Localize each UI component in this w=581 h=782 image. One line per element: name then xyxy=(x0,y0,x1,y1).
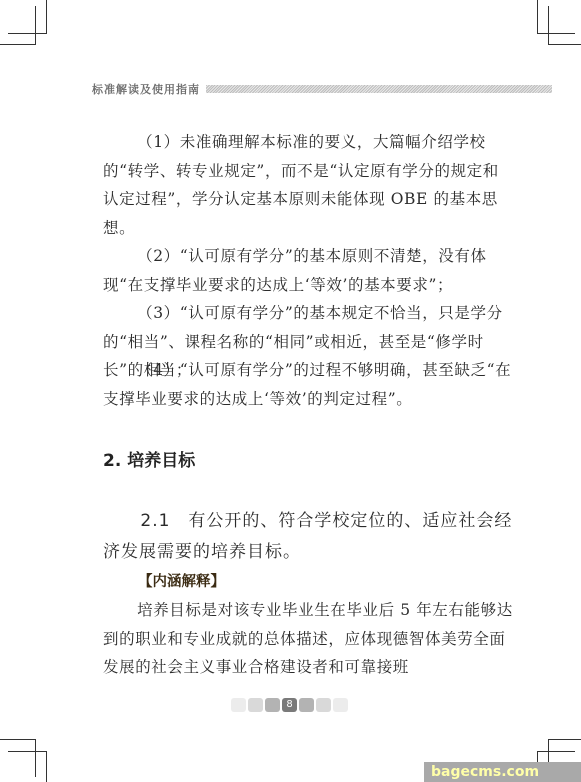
running-header: 标准解读及使用指南 xyxy=(92,82,552,96)
bracket-label: 【内涵解释】 xyxy=(138,570,225,591)
page-block xyxy=(299,698,314,712)
page-block xyxy=(265,698,280,712)
crop-mark xyxy=(537,751,575,752)
header-hatched-bar xyxy=(206,85,552,93)
crop-mark xyxy=(548,739,581,740)
crop-mark xyxy=(0,739,35,740)
section-body: 培养目标是对该专业毕业生在毕业后 5 年左右能够达到的职业和专业成就的总体描述，… xyxy=(103,596,513,682)
crop-mark xyxy=(46,0,47,33)
page-indicator: 8 xyxy=(231,698,348,712)
crop-mark xyxy=(537,0,538,33)
page-block xyxy=(316,698,331,712)
paragraph-1: （1）未准确理解本标准的要义，大篇幅介绍学校的“转学、转专业规定”，而不是“认定… xyxy=(103,128,513,242)
page-block xyxy=(333,698,348,712)
paragraph-4: （4）“认可原有学分”的过程不够明确，甚至缺乏“在支撑毕业要求的达成上‘等效’的… xyxy=(103,356,513,413)
crop-mark xyxy=(46,751,47,782)
crop-mark xyxy=(35,739,36,777)
page-block xyxy=(248,698,263,712)
page-number: 8 xyxy=(282,698,297,712)
subsection-heading: 2.1 有公开的、符合学校定位的、适应社会经济发展需要的培养目标。 xyxy=(103,506,513,568)
crop-mark xyxy=(548,44,581,45)
page-block xyxy=(231,698,246,712)
watermark: bagecms.com xyxy=(424,762,581,782)
crop-mark xyxy=(548,6,549,44)
crop-mark xyxy=(8,751,47,752)
crop-mark xyxy=(537,33,575,34)
crop-mark xyxy=(35,6,36,44)
section-heading: 2. 培养目标 xyxy=(103,446,195,471)
paragraph-2: （2）“认可原有学分”的基本原则不清楚，没有体现“在支撑毕业要求的达成上‘等效’… xyxy=(103,242,513,299)
crop-mark xyxy=(8,33,47,34)
crop-mark xyxy=(0,44,36,45)
running-header-title: 标准解读及使用指南 xyxy=(92,81,200,97)
